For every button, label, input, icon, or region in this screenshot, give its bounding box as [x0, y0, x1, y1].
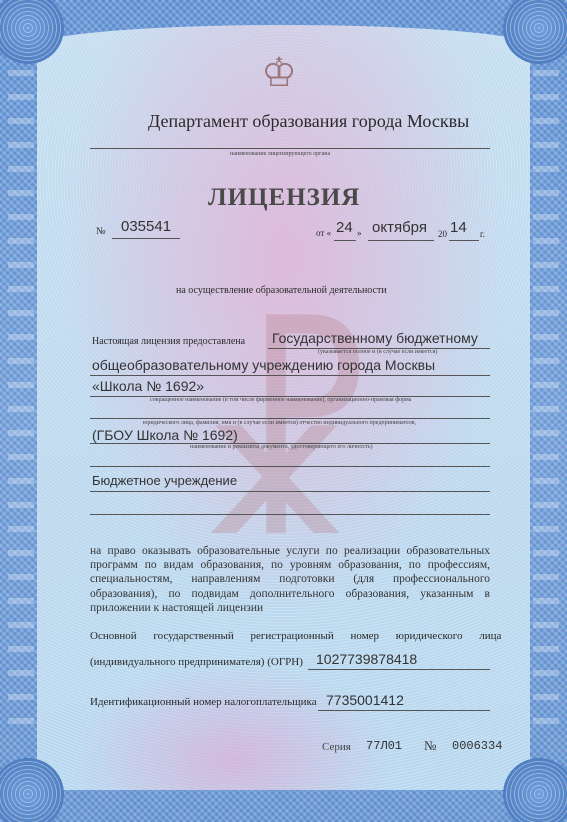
- ogrn-label-line-2: (индивидуального предпринимателя) (ОГРН): [90, 656, 303, 668]
- date-prefix: от «: [316, 228, 331, 238]
- ogrn-value: 1027739878418: [316, 651, 417, 667]
- ogrn-label-line-1: Основной государственный регистрационный…: [90, 630, 501, 642]
- year-prefix: 20: [438, 229, 447, 239]
- blank-underline-2: [90, 514, 490, 515]
- caption-entity: юридического лица, фамилия, имя и (в слу…: [143, 420, 416, 426]
- serial-number: 0006334: [452, 739, 502, 753]
- inn-label: Идентификационный номер налогоплательщик…: [90, 696, 317, 708]
- month-underline: [368, 240, 434, 241]
- licensee-line-2: общеобразовательному учреждению города М…: [92, 357, 435, 373]
- ogrn-underline: [308, 669, 490, 670]
- issuer-caption: наименование лицензирующего органа: [230, 151, 330, 157]
- blank-underline-1: [90, 466, 490, 467]
- inn-value: 7735001412: [326, 692, 404, 708]
- licensee-line-1: Государственному бюджетному: [272, 330, 478, 346]
- serial-number-label: №: [424, 738, 436, 754]
- licensee-underline-2: [90, 375, 490, 376]
- series-value: 77Л01: [366, 739, 402, 753]
- issuer-name: Департамент образования города Москвы: [148, 111, 469, 132]
- date-month: октября: [372, 219, 427, 236]
- license-document: ☧ ♔ Департамент образования города Москв…: [0, 0, 567, 822]
- document-title: ЛИЦЕНЗИЯ: [208, 184, 360, 212]
- caption-document: наименование и реквизиты документа, удос…: [190, 444, 373, 450]
- org-type: Бюджетное учреждение: [92, 473, 237, 488]
- caption-form: сокращенное наименование (в том числе фи…: [150, 397, 411, 403]
- year-underline: [449, 240, 479, 241]
- issuer-underline: [90, 148, 490, 149]
- series-label: Серия: [322, 741, 351, 753]
- number-underline: [112, 238, 180, 239]
- border-ornament-right: [533, 70, 559, 730]
- org-type-underline: [90, 491, 490, 492]
- date-day: 24: [336, 219, 353, 236]
- rights-paragraph: на право оказывать образовательные услуг…: [90, 544, 490, 615]
- short-name: (ГБОУ Школа № 1692): [92, 427, 238, 443]
- corner-ornament: [503, 758, 567, 822]
- year-label: г.: [480, 229, 485, 239]
- license-number: 035541: [121, 218, 171, 235]
- licensee-underline-4: [90, 418, 490, 419]
- date-year: 14: [450, 219, 467, 236]
- inn-underline: [318, 710, 490, 711]
- granted-label: Настоящая лицензия предоставлена: [92, 336, 245, 347]
- license-purpose: на осуществление образовательной деятель…: [176, 285, 387, 296]
- number-label: №: [96, 226, 106, 237]
- caption-full-name: (указывается полное и (в случае если име…: [318, 349, 437, 355]
- day-underline: [334, 240, 356, 241]
- coat-of-arms-icon: ♔: [258, 48, 300, 98]
- date-day-close: »: [357, 228, 362, 238]
- licensee-line-3: «Школа № 1692»: [92, 378, 204, 394]
- border-ornament-left: [8, 70, 34, 730]
